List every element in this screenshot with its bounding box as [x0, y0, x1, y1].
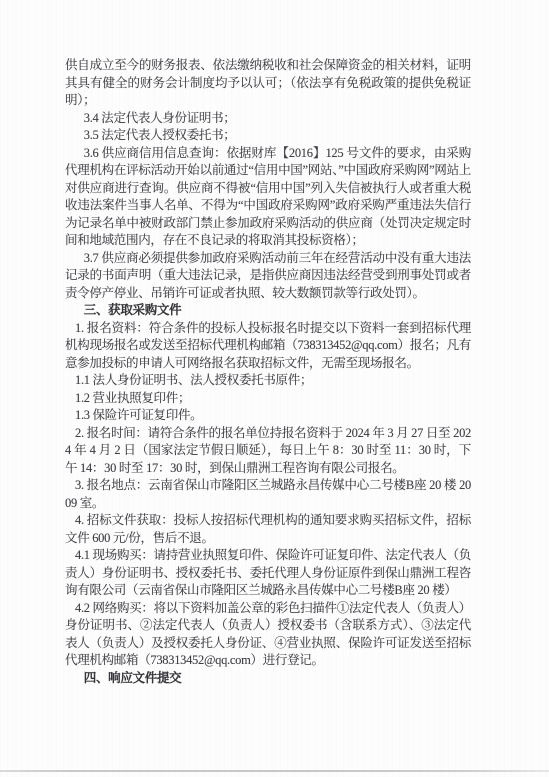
- paragraph: 3. 报名地点：云南省保山市隆阳区兰城路永昌传媒中心二号楼B座 20 楼 200…: [65, 477, 471, 512]
- document-content: 供自成立至今的财务报表、依法缴纳税收和社会保障资金的相关材料，证明其具有健全的财…: [65, 57, 471, 687]
- paragraph: 供自成立至今的财务报表、依法缴纳税收和社会保障资金的相关材料，证明其具有健全的财…: [65, 57, 471, 110]
- paragraph: 1. 报名资料：符合条件的投标人投标报名时提交以下资料一套到招标代理机构现场报名…: [65, 320, 471, 373]
- document-page: 供自成立至今的财务报表、依法缴纳税收和社会保障资金的相关材料，证明其具有健全的财…: [0, 0, 549, 777]
- paragraph: 3.4 法定代表人身份证明书；: [65, 110, 471, 128]
- paragraph: 1.3 保险许可证复印件。: [65, 407, 471, 425]
- paragraph: 4.2 网络购买：将以下资料加盖公章的彩色扫描件①法定代表人（负责人）身份证明书…: [65, 600, 471, 670]
- paragraph: 1.1 法人身份证明书、法人授权委托书原件；: [65, 372, 471, 390]
- section-heading: 三、获取采购文件: [65, 302, 471, 320]
- scan-edge-line: [0, 770, 549, 772]
- paragraph: 3.7 供应商必须提供参加政府采购活动前三年在经营活动中没有重大违法记录的书面声…: [65, 250, 471, 303]
- paragraph: 4. 招标文件获取：投标人按招标代理机构的通知要求购买招标文件，招标文件 600…: [65, 512, 471, 547]
- section-heading: 四、响应文件提交: [65, 670, 471, 688]
- paragraph: 2. 报名时间：请符合条件的报名单位持报名资料于 2024 年 3 月 27 日…: [65, 425, 471, 478]
- paragraph: 4.1 现场购买：请持营业执照复印件、保险许可证复印件、法定代表人（负责人）身份…: [65, 547, 471, 600]
- paragraph: 3.5 法定代表人授权委托书；: [65, 127, 471, 145]
- paragraph: 3.6 供应商信用信息查询：依据财库【2016】125 号文件的要求，由采购代理…: [65, 145, 471, 250]
- paragraph: 1.2 营业执照复印件；: [65, 390, 471, 408]
